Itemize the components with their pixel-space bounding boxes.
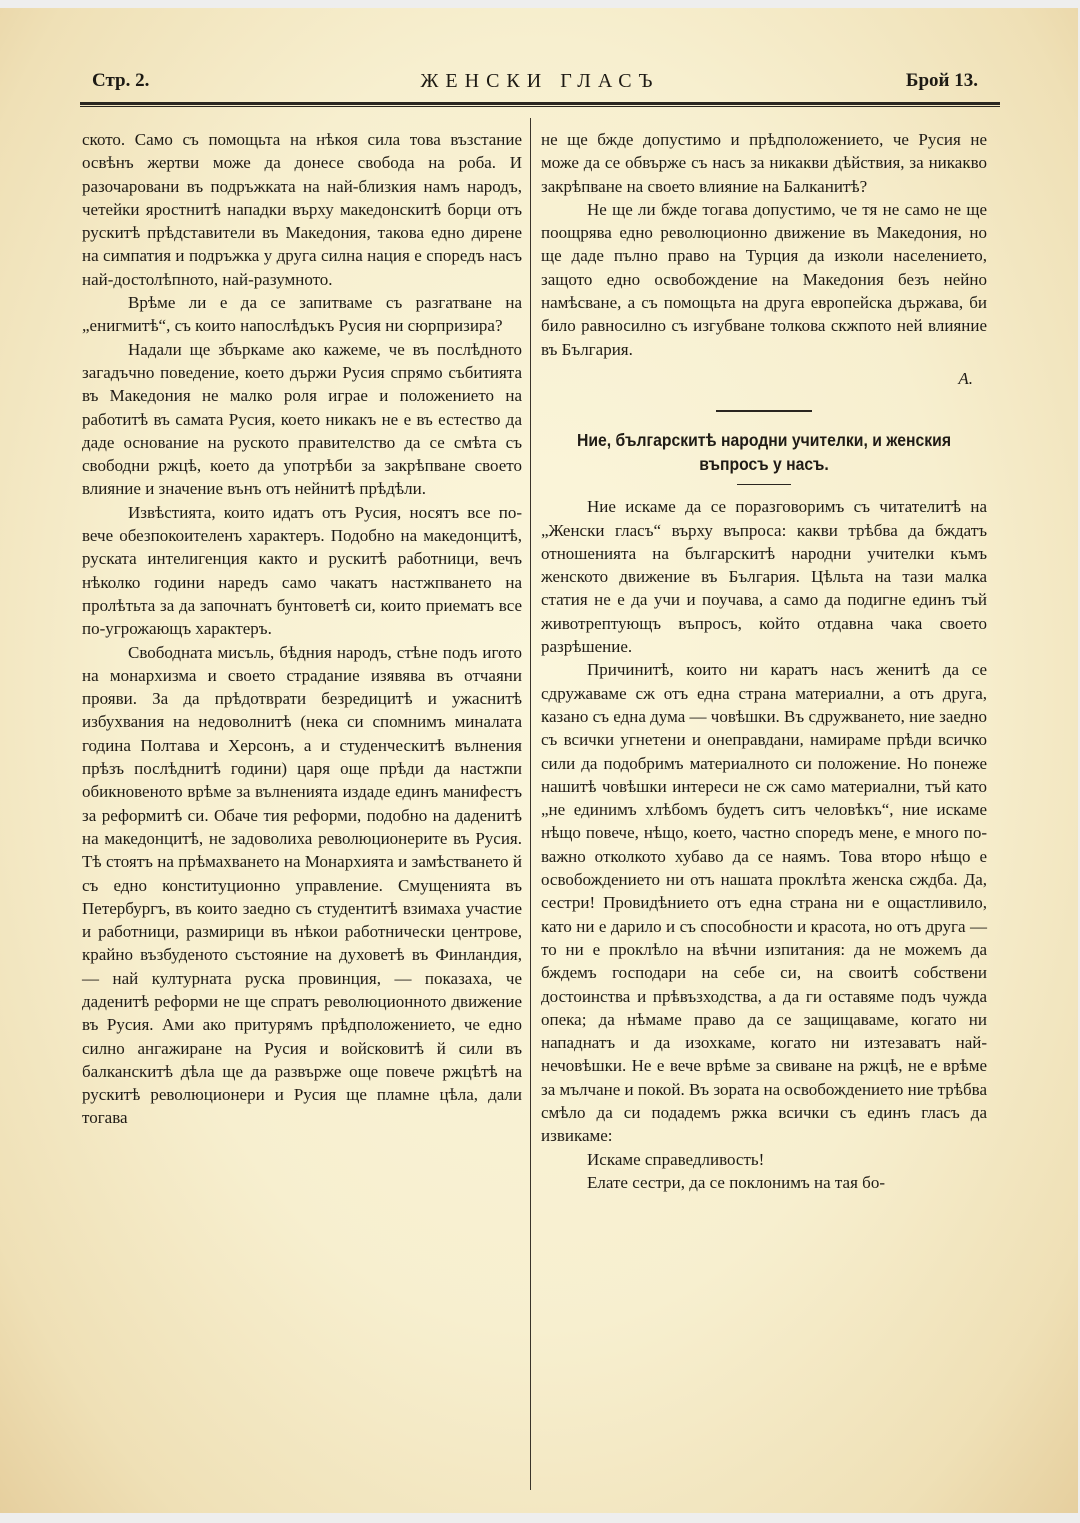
- paragraph: Ние искаме да се поразговоримъ съ читате…: [541, 495, 987, 658]
- page-header: Стр. 2. ЖЕНСКИ ГЛАСЪ Брой 13.: [80, 70, 1000, 100]
- paragraph: Свободната мисъль, бѣдния народъ, стѣне …: [82, 641, 522, 1130]
- title-underline: [737, 484, 791, 485]
- header-rule: [80, 102, 1000, 107]
- paragraph: Искаме справедливость!: [541, 1148, 987, 1171]
- right-column: не ще бжде допустимо и прѣдположението, …: [541, 128, 987, 1194]
- author-signature: А.: [541, 367, 987, 390]
- paragraph: Врѣме ли е да се запитваме съ разгатване…: [82, 291, 522, 338]
- paragraph: Елате сестри, да се поклонимъ на тая бо-: [541, 1171, 987, 1194]
- paragraph: Надали ще збъркаме ако кажеме, че въ пос…: [82, 338, 522, 501]
- paragraph: Причинитѣ, които ни каратъ насъ женитѣ д…: [541, 658, 987, 1147]
- article-title: Ние, българскитѣ народни учителки, и жен…: [545, 428, 982, 476]
- column-divider: [530, 118, 531, 1490]
- paragraph: не ще бжде допустимо и прѣдположението, …: [541, 128, 987, 198]
- issue-number: Брой 13.: [906, 70, 978, 92]
- section-divider: [716, 410, 812, 412]
- paragraph: Извѣстията, които идатъ отъ Русия, носят…: [82, 501, 522, 641]
- newspaper-page: Стр. 2. ЖЕНСКИ ГЛАСЪ Брой 13. ското. Сам…: [0, 8, 1078, 1513]
- left-column: ското. Само съ помощьта на нѣкоя сила то…: [82, 128, 522, 1130]
- newspaper-title: ЖЕНСКИ ГЛАСЪ: [80, 70, 1000, 93]
- paragraph: Не ще ли бжде тогава допустимо, че тя не…: [541, 198, 987, 361]
- paragraph: ското. Само съ помощьта на нѣкоя сила то…: [82, 128, 522, 291]
